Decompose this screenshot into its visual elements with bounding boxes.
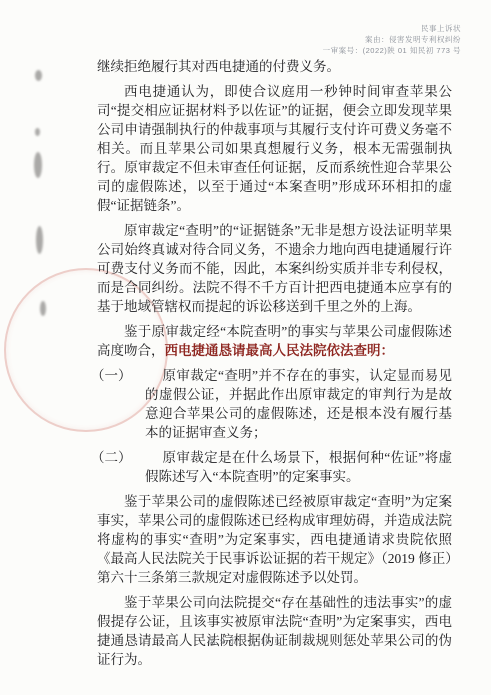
list-item: （二） 原审裁定是在什么场景下，根据何种“佐证”将虚假陈述写入“本院查明”的定案… — [97, 448, 452, 486]
scan-artifact — [35, 70, 42, 81]
paragraph: 鉴于苹果公司的虚假陈述已经被原审裁定“查明”为定案事实，苹果公司的虚假陈述已经构… — [97, 492, 452, 587]
paragraph: 鉴于苹果公司向法院提交“存在基础性的违法事实”的虚假提存公证，且该事实被原审法院… — [97, 593, 452, 669]
scan-artifact — [40, 301, 46, 316]
document-type-label: 民事上诉状 — [323, 23, 461, 34]
scan-artifact — [36, 226, 43, 254]
list-item-number: （二） — [91, 448, 132, 467]
case-cause-label: 案由：侵害发明专利权纠纷 — [323, 34, 461, 45]
list-item: （一） 原审裁定“查明”并不存在的事实，认定显而易见的虚假公证，并据此作出原审裁… — [97, 366, 452, 442]
paragraph: 西电捷通认为，即使合议庭用一秒钟时间审查苹果公司“提交相应证据材料予以佐证”的证… — [97, 82, 452, 215]
page-number-footer: 第 9 页，共 10 页 — [0, 635, 491, 647]
first-instance-case-number: 一审案号：(2022)陕 01 知民初 773 号 — [323, 45, 461, 56]
emphasized-request-text: 西电捷通恳请最高人民法院依法查明： — [165, 343, 395, 358]
scan-artifact — [35, 128, 40, 136]
list-item-number: （一） — [91, 366, 132, 385]
document-body: 继续拒绝履行其对西电捷通的付费义务。 西电捷通认为，即使合议庭用一秒钟时间审查苹… — [97, 57, 452, 675]
list-item-text: 原审裁定“查明”并不存在的事实，认定显而易见的虚假公证，并据此作出原审裁定的审判… — [145, 366, 452, 442]
scan-artifact — [34, 152, 42, 178]
list-item-text: 原审裁定是在什么场景下，根据何种“佐证”将虚假陈述写入“本院查明”的定案事实。 — [145, 448, 452, 486]
paragraph-with-emphasis: 鉴于原审裁定经“本院查明”的事实与苹果公司虚假陈述高度吻合，西电捷通恳请最高人民… — [97, 322, 452, 360]
paragraph: 原审裁定“查明”的“证据链条”无非是想方设法证明苹果公司始终真诚对待合同义务，不… — [97, 221, 452, 316]
document-header-caption: 民事上诉状 案由：侵害发明专利权纠纷 一审案号：(2022)陕 01 知民初 7… — [323, 23, 461, 56]
paragraph-continuation: 继续拒绝履行其对西电捷通的付费义务。 — [97, 57, 452, 76]
scanned-legal-document-page: 民事上诉状 案由：侵害发明专利权纠纷 一审案号：(2022)陕 01 知民初 7… — [0, 0, 491, 695]
